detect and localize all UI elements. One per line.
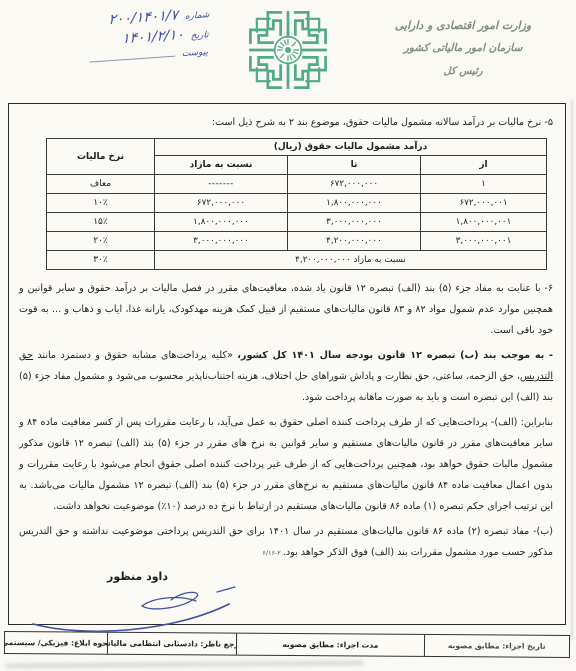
tax-bracket-row: ۳,۰۰۰,۰۰۰,۰۰۱ ۴,۲۰۰,۰۰۰,۰۰۰ ۳,۰۰۰,۰۰۰,۰۰… bbox=[46, 232, 546, 251]
clause-7-text: ، حق الزحمه، ساعتی، حق نظارت و پاداش شور… bbox=[19, 371, 553, 403]
supervisor-cell: مرجع ناظر: دادستانی انتظامی مالیاتی bbox=[107, 633, 237, 655]
to-value: ۱,۸۰۰,۰۰۰,۰۰۰ bbox=[288, 194, 421, 213]
scanned-tax-circular-page: شماره ۲۰۰/۱۴۰۱/۷ تاریخ ۱۴۰۱/۲/۱۰ پیوست bbox=[0, 0, 576, 671]
number-value: ۲۰۰/۱۴۰۱/۷ bbox=[108, 7, 178, 28]
exec-date-cell: تاریخ اجراء: مطابق مصوبه bbox=[423, 635, 569, 657]
reference-mark: ۲-۶/۱۶ bbox=[262, 549, 281, 557]
excess-column-header: نسبت به مازاد bbox=[154, 156, 287, 175]
to-value: ۴,۲۰۰,۰۰۰,۰۰۰ bbox=[288, 232, 421, 251]
scan-shadow bbox=[6, 661, 363, 667]
handwritten-reference-block: شماره ۲۰۰/۱۴۰۱/۷ تاریخ ۱۴۰۱/۲/۱۰ پیوست bbox=[13, 5, 209, 75]
ministry-name: وزارت امور اقتصادی و دارایی bbox=[368, 14, 558, 37]
footer-meta-table: تاریخ اجراء: مطابق مصوبه مدت اجراء: مطاب… bbox=[4, 631, 570, 658]
organization-titles: وزارت امور اقتصادی و دارایی سازمان امور … bbox=[368, 14, 558, 83]
attachment-label: پیوست bbox=[182, 47, 209, 59]
from-value: ۱,۸۰۰,۰۰۰,۰۰۱ bbox=[421, 213, 547, 232]
excess-value: ۶۷۲,۰۰۰,۰۰۰ bbox=[154, 194, 287, 213]
tax-bracket-row: ۶۷۲,۰۰۰,۰۰۱ ۱,۸۰۰,۰۰۰,۰۰۰ ۶۷۲,۰۰۰,۰۰۰ ۱۰… bbox=[46, 194, 546, 213]
income-span-header: درآمد مشمول مالیات حقوق (ریال) bbox=[154, 139, 546, 156]
date-value: ۱۴۰۱/۲/۱۰ bbox=[122, 27, 184, 47]
tax-administration-emblem-icon bbox=[244, 6, 332, 94]
exec-duration-cell: مدت اجراء: مطابق مصوبه bbox=[236, 634, 423, 656]
clause-7-bold-lead: - به موجب بند (ب) تبصره ۱۲ قانون بودجه س… bbox=[237, 350, 553, 361]
letterhead: شماره ۲۰۰/۱۴۰۱/۷ تاریخ ۱۴۰۱/۲/۱۰ پیوست bbox=[0, 0, 576, 100]
scan-paper-edge bbox=[571, 100, 573, 640]
excess-value: ۳,۰۰۰,۰۰۰,۰۰۰ bbox=[154, 232, 287, 251]
clause-5-intro: ۵- نرخ مالیات بر درآمد سالانه مشمول مالی… bbox=[19, 112, 553, 133]
excess-value: ------- bbox=[154, 175, 287, 194]
clause-9-item-b: (ب)- مفاد تبصره (۲) ماده ۸۶ قانون مالیات… bbox=[19, 521, 553, 564]
tax-bracket-row: ۱,۸۰۰,۰۰۰,۰۰۱ ۳,۰۰۰,۰۰۰,۰۰۰ ۱,۸۰۰,۰۰۰,۰۰… bbox=[46, 213, 546, 232]
to-value: ۳,۰۰۰,۰۰۰,۰۰۰ bbox=[288, 213, 421, 232]
tax-bracket-last-row: نسبت به مازاد ۴,۲۰۰,۰۰۰,۰۰۰ ۳۰٪ bbox=[46, 251, 546, 270]
tax-bracket-row: ۱ ۶۷۲,۰۰۰,۰۰۰ ------- معاف bbox=[46, 175, 546, 194]
clause-8-therefore: بنابراین: (الف)- پرداخت‌هایی که از طرف پ… bbox=[19, 412, 553, 517]
notification-method-cell: نحوه ابلاغ: فیزیکی/ سیستمی bbox=[5, 632, 107, 654]
clause-9-text: (ب)- مفاد تبصره (۲) ماده ۸۶ قانون مالیات… bbox=[19, 526, 553, 558]
clause-7-budget-note: - به موجب بند (ب) تبصره ۱۲ قانون بودجه س… bbox=[19, 345, 553, 408]
from-column-header: از bbox=[421, 156, 547, 175]
table-header-row: درآمد مشمول مالیات حقوق (ریال) نرخ مالیا… bbox=[46, 139, 546, 156]
organization-name: سازمان امور مالیاتی کشور bbox=[368, 37, 558, 60]
to-value: ۶۷۲,۰۰۰,۰۰۰ bbox=[288, 175, 421, 194]
number-label: شماره bbox=[185, 10, 210, 22]
rate-value: معاف bbox=[46, 175, 154, 194]
rate-column-header: نرخ مالیات bbox=[46, 139, 154, 175]
rate-value: ۳۰٪ bbox=[46, 251, 154, 270]
clause-7-text: «کلیه پرداخت‌های مشابه حقوق و دستمزد مان… bbox=[33, 350, 237, 361]
rate-value: ۱۰٪ bbox=[46, 194, 154, 213]
date-label: تاریخ bbox=[191, 30, 209, 41]
rate-value: ۱۵٪ bbox=[46, 213, 154, 232]
rate-value: ۲۰٪ bbox=[46, 232, 154, 251]
tax-bracket-table: درآمد مشمول مالیات حقوق (ریال) نرخ مالیا… bbox=[46, 138, 547, 270]
clause-6-exemptions: ۶- با عنایت به مفاد جزء (۵) بند (الف) تب… bbox=[19, 278, 553, 341]
attachment-blank-line bbox=[89, 48, 175, 63]
excess-note: نسبت به مازاد ۴,۲۰۰,۰۰۰,۰۰۰ bbox=[154, 251, 546, 270]
from-value: ۶۷۲,۰۰۰,۰۰۱ bbox=[421, 194, 547, 213]
excess-value: ۱,۸۰۰,۰۰۰,۰۰۰ bbox=[154, 213, 287, 232]
from-value: ۳,۰۰۰,۰۰۰,۰۰۱ bbox=[421, 232, 547, 251]
signatory-title: رئیس کل bbox=[368, 60, 558, 83]
document-body: ۵- نرخ مالیات بر درآمد سالانه مشمول مالی… bbox=[8, 103, 566, 625]
from-value: ۱ bbox=[421, 175, 547, 194]
to-column-header: تا bbox=[288, 156, 421, 175]
